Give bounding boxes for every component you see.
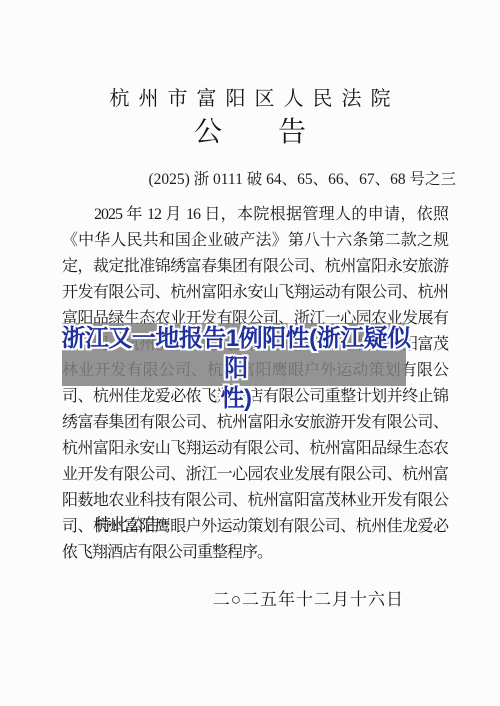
closing-line: 特此公告 — [62, 511, 161, 535]
notice-title: 公 告 — [0, 110, 500, 150]
case-number: (2025) 浙 0111 破 64、65、66、67、68 号之三 — [0, 167, 456, 189]
scanned-notice-page: 杭州市富阳区人民法院 公 告 (2025) 浙 0111 破 64、65、66、… — [0, 0, 500, 706]
notice-date: 二○二五年十二月十六日 — [0, 585, 404, 610]
court-name: 杭州市富阳区人民法院 — [0, 82, 500, 111]
headline-overlay-text: 浙江又一地报告1例阳性(浙江疑似阳 性) — [52, 324, 420, 414]
